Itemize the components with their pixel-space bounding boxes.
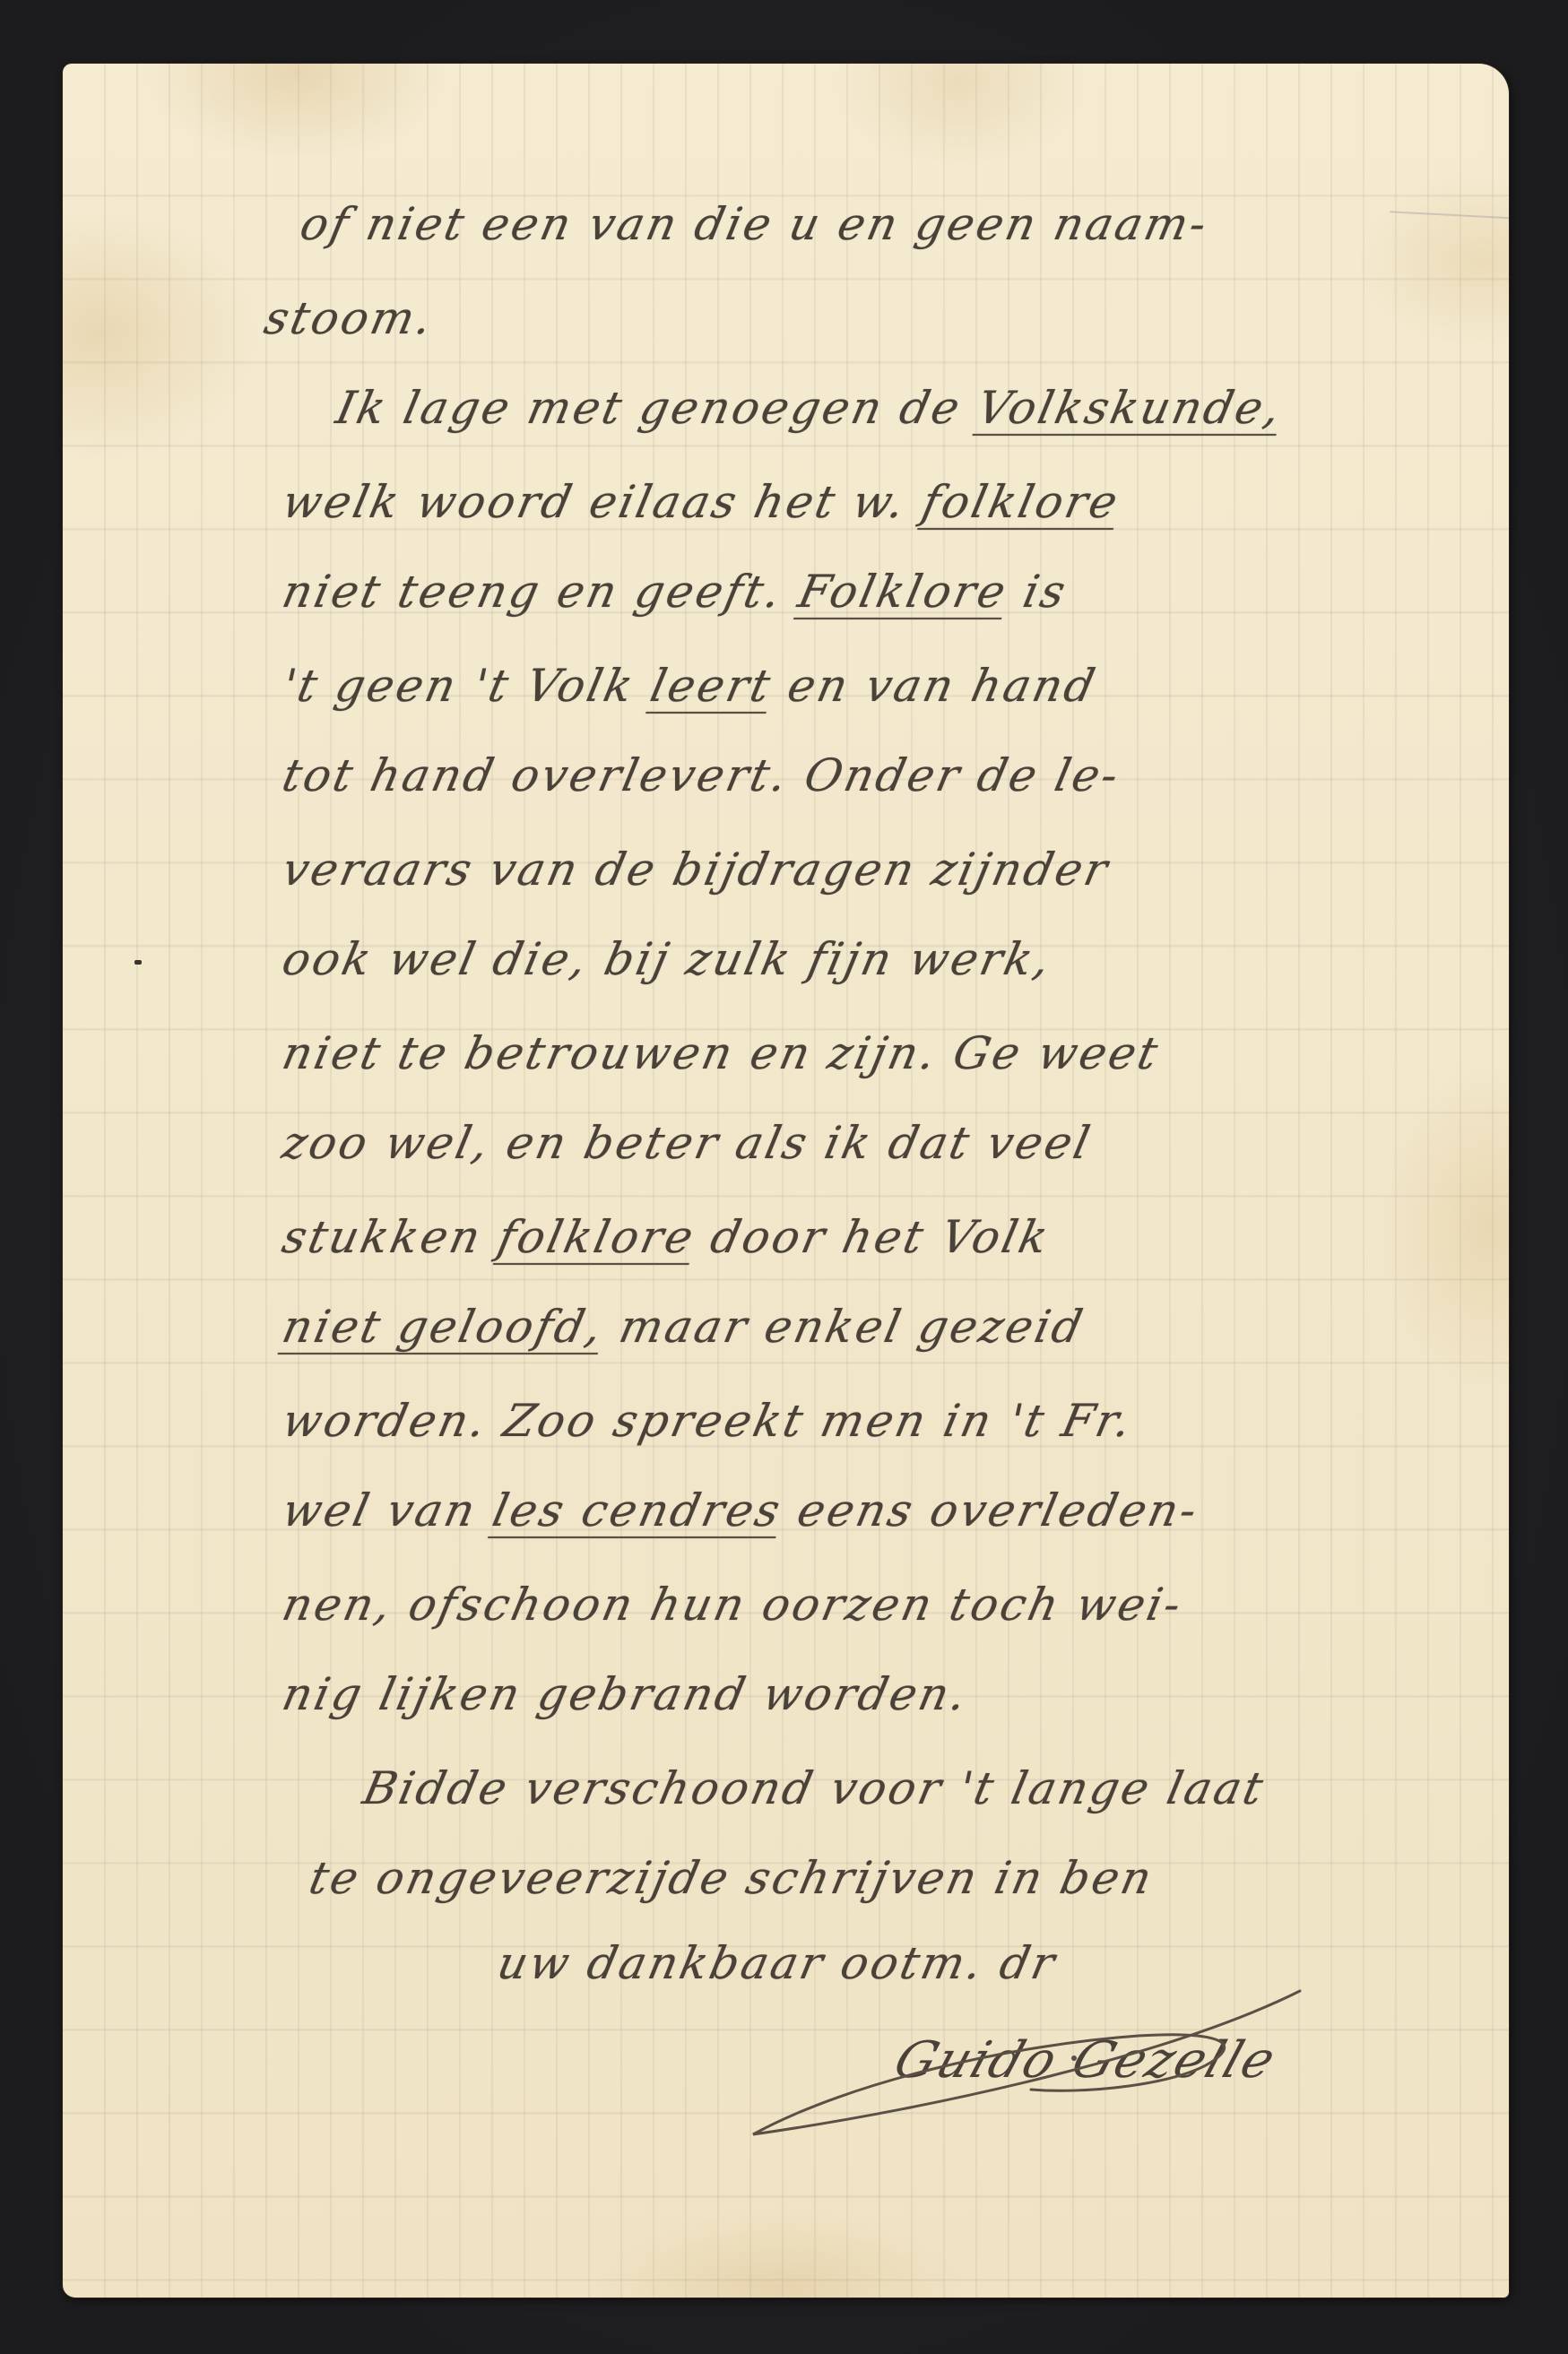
line-3-text: Ik lage met genoegen de	[332, 382, 983, 434]
scan-background: of niet een van die u en geen naam- stoo…	[0, 0, 1568, 2354]
underlined-word-folklore-3: folklore	[493, 1211, 700, 1263]
underlined-word-leert: leert	[646, 660, 778, 712]
line-6-text: 't geen 't Volk	[278, 660, 657, 712]
letter-line-12: stukken folklore door het Volk	[278, 1211, 1055, 1263]
letter-line-5: niet teeng en geeft. Folklore is	[278, 566, 1072, 618]
underlined-phrase-les-cendres: les cendres	[488, 1484, 786, 1536]
signature-flourish-icon	[672, 1928, 1509, 2143]
line-5-tail: is	[1001, 566, 1072, 618]
letter-line-19: te ongeveerzijde schrijven in ben	[305, 1852, 1159, 1904]
letter-line-13: niet geloofd, maar enkel gezeid	[278, 1301, 1089, 1353]
letter-line-11: zoo wel, en beter als ik dat veel	[278, 1117, 1096, 1169]
letter-line-14: worden. Zoo spreekt men in 't Fr.	[278, 1395, 1139, 1447]
letter-line-9: ook wel die, bij zulk fijn werk,	[278, 933, 1057, 985]
line-5-text: niet teeng en geeft.	[278, 566, 805, 618]
ink-spot	[134, 960, 142, 965]
line-6-tail: en van hand	[767, 660, 1102, 712]
letter-line-6: 't geen 't Volk leert en van hand	[278, 660, 1102, 712]
line-15-tail: eens overleden-	[776, 1484, 1204, 1536]
letter-line-4: welk woord eilaas het w. folklore	[278, 476, 1124, 528]
line-4-text: welk woord eilaas het w.	[278, 476, 929, 528]
letter-line-2: stoom.	[260, 292, 439, 344]
line-13-tail: maar enkel gezeid	[598, 1301, 1089, 1353]
letter-line-15: wel van les cendres eens overleden-	[278, 1484, 1204, 1536]
letter-page: of niet een van die u en geen naam- stoo…	[63, 64, 1509, 2298]
letter-line-17: nig lijken gebrand worden.	[278, 1668, 974, 1720]
letter-line-10: niet te betrouwen en zijn. Ge weet	[278, 1027, 1165, 1079]
letter-line-16: nen, ofschoon hun oorzen toch wei-	[278, 1579, 1188, 1631]
underlined-word-folklore: folklore	[918, 476, 1125, 528]
letter-line-18: Bidde verschoond voor 't lange laat	[359, 1762, 1270, 1814]
line-12-text: stukken	[278, 1211, 505, 1263]
letter-line-7: tot hand overlevert. Onder de le-	[278, 749, 1125, 801]
line-12-tail: door het Volk	[689, 1211, 1055, 1263]
underlined-word-folklore-2: Folklore	[793, 566, 1012, 618]
line-15-text: wel van	[278, 1484, 499, 1536]
letter-line-8: veraars van de bijdragen zijnder	[278, 844, 1114, 896]
letter-line-1: of niet een van die u en geen naam-	[296, 198, 1214, 250]
fold-crease	[1390, 211, 1509, 223]
underlined-word-volkskunde: Volkskunde,	[973, 382, 1287, 434]
underlined-phrase-niet-geloofd: niet geloofd,	[278, 1301, 609, 1353]
letter-line-3: Ik lage met genoegen de Volkskunde,	[332, 382, 1287, 434]
